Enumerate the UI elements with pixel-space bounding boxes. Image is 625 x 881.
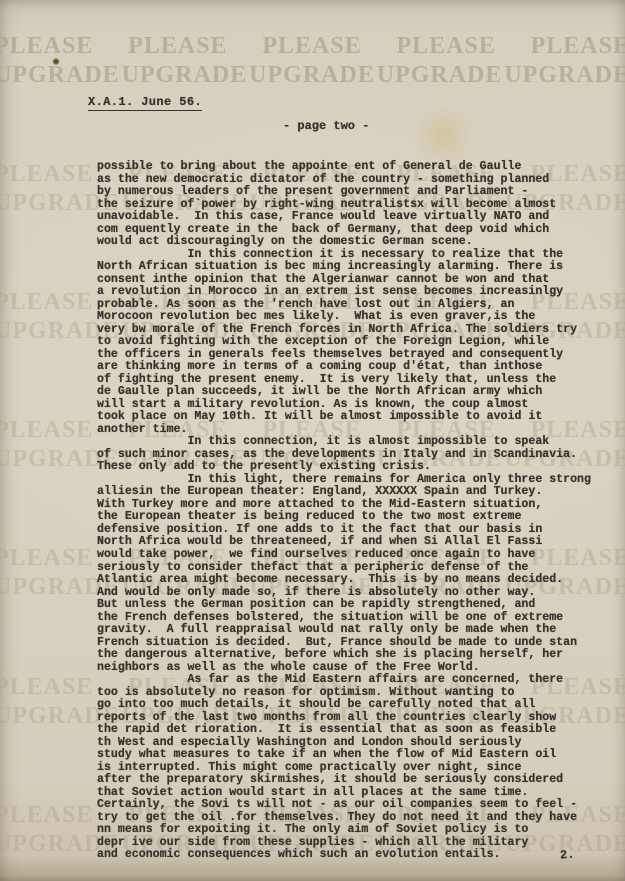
paragraph: In this connection, it is almost impossi… [97, 436, 577, 474]
watermark-text: UPGRADE [122, 61, 248, 90]
watermark-text: PLEASE [0, 544, 93, 573]
watermark-text: PLEASE [128, 32, 227, 61]
text-line: These only add to the presently existing… [97, 461, 577, 474]
text-line: As far as the Mid Eastern affairs are co… [97, 674, 577, 687]
watermark-text: PLEASE [396, 32, 495, 61]
watermark-text: PLEASE [0, 673, 93, 702]
watermark-text: PLEASE [0, 801, 93, 830]
watermark-text: PLEASE [531, 32, 625, 61]
watermark-text: PLEASE [0, 32, 93, 61]
text-line: de Gaulle plan succeeds, it iwll be the … [97, 386, 577, 399]
document-body: possible to bring about the appointe ent… [97, 161, 577, 862]
text-line: North African situation is bec ming incr… [97, 261, 577, 274]
watermark-group: PLEASEPLEASEPLEASEPLEASEPLEASEUPGRADEUPG… [0, 32, 625, 90]
paragraph: In this light, there remains for America… [97, 474, 577, 674]
text-line: Certainly, the Sovi ts will not - as our… [97, 799, 577, 812]
text-line: would take power, we find ourselves redu… [97, 549, 577, 562]
text-line: study what measures to take if an when t… [97, 749, 577, 762]
text-line: possible to bring about the appointe ent… [97, 161, 577, 174]
text-line: after the preparatory skirmishes, it sho… [97, 774, 577, 787]
paragraph: possible to bring about the appointe ent… [97, 161, 577, 249]
text-line: Atlantic area might become necessary. Th… [97, 574, 577, 587]
text-line: But unless the German position can be ra… [97, 599, 577, 612]
ink-speck-stain [52, 58, 60, 65]
text-line: gravity. A full reappraisal would nat ra… [97, 624, 577, 637]
scanned-page: PLEASEPLEASEPLEASEPLEASEPLEASEUPGRADEUPG… [0, 0, 625, 881]
paragraph: As far as the Mid Eastern affairs are co… [97, 674, 577, 862]
watermark-text: UPGRADE [0, 61, 120, 90]
watermark-text: UPGRADE [249, 61, 375, 90]
text-line: would act discouragingly on the domestic… [97, 236, 577, 249]
text-line: to avoid fighting with the exception of … [97, 336, 577, 349]
text-line: Morocoon revolution bec mes likely. What… [97, 311, 577, 324]
watermark-text: UPGRADE [504, 61, 625, 90]
document-reference: X.A.1. June 56. [88, 95, 202, 111]
text-line: In this connection, it is almost impossi… [97, 436, 577, 449]
watermark-text: PLEASE [0, 160, 93, 189]
page-number: 2. [560, 848, 575, 863]
text-line: are thinking more in terms of a coming c… [97, 361, 577, 374]
text-line: unavoidable. In this case, France would … [97, 211, 577, 224]
watermark-text: PLEASE [262, 32, 361, 61]
text-line: and economic consequences which such an … [97, 849, 577, 862]
watermark-text: PLEASE [0, 416, 93, 445]
watermark-text: PLEASE [0, 288, 93, 317]
page-label: - page two - [283, 119, 369, 133]
text-line: a revolution in Morocco in an extrem ist… [97, 286, 577, 299]
paragraph: In this connection it is necessary to re… [97, 249, 577, 437]
watermark-text: UPGRADE [377, 61, 503, 90]
text-line: go into too much details, it should be c… [97, 699, 577, 712]
text-line: the dangerous alternative, before which … [97, 649, 577, 662]
text-line: took place on May 10th. It will be almos… [97, 411, 577, 424]
text-line: nn means for expoiting it. The only aim … [97, 824, 577, 837]
text-line: by numerous leaders of the present gover… [97, 186, 577, 199]
yellow-stain [408, 108, 478, 163]
text-line: the rapid det rioration. It is essential… [97, 724, 577, 737]
